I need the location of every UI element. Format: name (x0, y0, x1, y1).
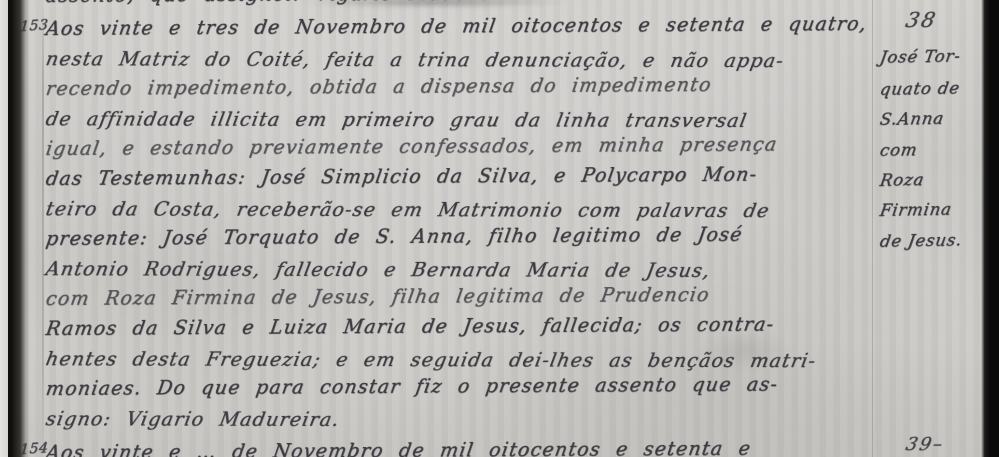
margin-note-line: quato de (878, 79, 961, 99)
record-number-38: 38 (903, 8, 939, 32)
margin-note-line: com (878, 140, 918, 160)
manuscript-scan-page: assento, que assignei. Vigario Madureira… (0, 0, 999, 457)
manuscript-line: teiro da Costa, receberão-se em Matrimon… (44, 198, 771, 222)
record-number-39: 39– (904, 434, 946, 455)
manuscript-line: signo: Vigario Madureira. (44, 408, 342, 431)
manuscript-line: recendo impedimento, obtida a dispensa d… (44, 74, 713, 100)
manuscript-line: hentes desta Freguezia; e em seguida dei… (44, 348, 818, 372)
margin-note-line: Firmina (878, 200, 953, 220)
book-gutter-shadow (8, 0, 30, 457)
manuscript-line: moniaes. Do que para constar fiz o prese… (44, 374, 779, 400)
left-paper-edge (0, 0, 8, 457)
manuscript-line: presente: José Torquato de S. Anna, filh… (44, 224, 744, 250)
margin-note-line: de Jesus. (878, 231, 963, 251)
left-fold-line (42, 0, 44, 457)
margin-note-line: S.Anna (878, 109, 945, 129)
manuscript-line: com Roza Firmina de Jesus, filha legitim… (44, 284, 711, 310)
manuscript-line: Antonio Rodrigues, fallecido e Bernarda … (44, 258, 712, 282)
manuscript-line: das Testemunhas: José Simplicio da Silva… (44, 164, 759, 190)
margin-note-line: José Tor- (878, 47, 962, 67)
manuscript-line: nesta Matriz do Coité, feita a trina den… (44, 48, 786, 72)
right-page-edge (981, 0, 999, 457)
manuscript-line: Ramos da Silva e Luiza Maria de Jesus, f… (44, 314, 776, 340)
manuscript-line: Aos vinte e tres de Novembro de mil oito… (44, 13, 868, 40)
margin-note-line: Roza (878, 170, 925, 190)
manuscript-line: igual, e estando previamente confessados… (44, 134, 779, 160)
manuscript-line-clipped-bottom: Aos vinte e … de Novembro de mil oitocen… (44, 438, 752, 457)
right-margin-rule (872, 0, 873, 457)
manuscript-line: de affinidade illicita em primeiro grau … (44, 108, 749, 132)
